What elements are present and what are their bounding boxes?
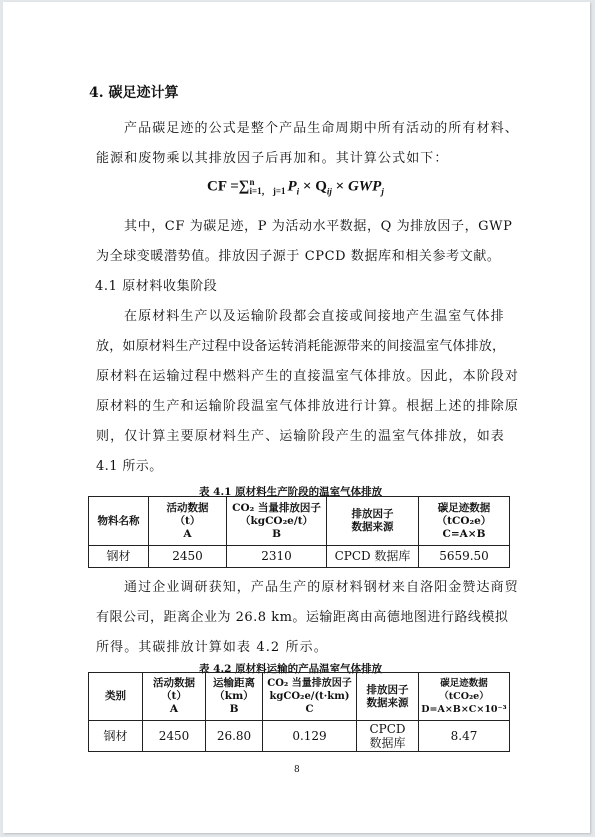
term-gwp: GWP (348, 178, 381, 194)
para2-line: 通过企业调研获知，产品生产的原材料钢材来自洛阳金赞达商贸 (124, 576, 519, 595)
raw-material-transport-table: 类别 活动数据（t）A 运输距离（km）B CO₂ 当量排放因子kgCO₂e/(… (88, 672, 510, 752)
explain-line-2: 为全球变暖潜势值。排放因子源于 CPCD 数据库和相关参考文献。 (96, 245, 501, 264)
transport-distance-cell: 26.80 (206, 721, 263, 752)
header-cell: 类别 (89, 673, 143, 721)
carbon-footprint-cell: 8.47 (419, 721, 510, 752)
material-name-cell: 钢材 (89, 546, 149, 568)
header-cell: 活动数据（t）A (149, 497, 227, 546)
header-cell: 碳足迹数据（tCO₂e）C=A×B (419, 497, 510, 546)
header-cell: 活动数据（t）A (143, 673, 206, 721)
header-cell: 碳足迹数据（tCO₂e）D=A×B×C×10⁻³ (419, 673, 510, 721)
header-cell: CO₂ 当量排放因子（kgCO₂e/t）B (227, 497, 327, 546)
raw-material-production-table: 物料名称 活动数据（t）A CO₂ 当量排放因子（kgCO₂e/t）B 排放因子… (88, 496, 510, 568)
sum-symbol: ∑ (239, 178, 250, 194)
para-line: 原材料的生产和运输阶段温室气体排放进行计算。根据上述的排除原 (96, 395, 519, 414)
intro-line-2: 能源和废物乘以其排放因子后再加和。其计算公式如下： (96, 147, 449, 166)
term-gwp-index: j (381, 186, 384, 196)
para-line: 原材料在运输过程中燃料产生的直接温室气体排放。因此，本阶段对 (96, 365, 519, 384)
para2-line: 有限公司，距离企业为 26.8 km。运输距离由高德地图进行路线模拟 (96, 606, 508, 625)
table-row: 钢材 2450 2310 CPCD 数据库 5659.50 (89, 546, 510, 568)
table-header-row: 类别 活动数据（t）A 运输距离（km）B CO₂ 当量排放因子kgCO₂e/(… (89, 673, 510, 721)
activity-data-cell: 2450 (149, 546, 227, 568)
para-line: 在原材料生产以及运输阶段都会直接或间接地产生温室气体排 (124, 305, 505, 324)
term-p-index: i (297, 186, 300, 196)
para-line: 放，如原材料生产过程中设备运转消耗能源带来的间接温室气体排放， (96, 335, 505, 354)
header-cell: 排放因子数据来源 (327, 497, 419, 546)
carbon-footprint-cell: 5659.50 (419, 546, 510, 568)
page-number: 8 (294, 765, 300, 775)
formula-lhs: CF = (207, 178, 239, 194)
term-q: Q (315, 178, 327, 194)
para-line: 4.1 所示。 (96, 455, 163, 474)
term-q-index: ij (327, 186, 332, 196)
document-page: 4. 碳足迹计算 产品碳足迹的公式是整个产品生命周期中所有活动的所有材料、 能源… (3, 2, 590, 833)
times-symbol: × (303, 178, 312, 194)
header-cell: 物料名称 (89, 497, 149, 546)
intro-line-1: 产品碳足迹的公式是整个产品生命周期中所有活动的所有材料、 (124, 117, 519, 136)
header-cell: 运输距离（km）B (206, 673, 263, 721)
explain-line-1: 其中，CF 为碳足迹，P 为活动水平数据，Q 为排放因子，GWP (124, 215, 512, 234)
emission-factor-cell: 2310 (227, 546, 327, 568)
header-cell: 排放因子数据来源 (357, 673, 419, 721)
table-header-row: 物料名称 活动数据（t）A CO₂ 当量排放因子（kgCO₂e/t）B 排放因子… (89, 497, 510, 546)
table-row: 钢材 2450 26.80 0.129 CPCD 数据库 8.47 (89, 721, 510, 752)
factor-source-cell: CPCD 数据库 (327, 546, 419, 568)
carbon-footprint-formula: CF =∑ni=1， j=1Pi × Qij × GWPj (207, 178, 384, 196)
term-p: P (287, 178, 296, 194)
factor-source-cell: CPCD 数据库 (357, 721, 419, 752)
para-line: 则，仅计算主要原材料生产、运输阶段产生的温室气体排放，如表 (96, 425, 505, 444)
activity-data-cell: 2450 (143, 721, 206, 752)
times-symbol: × (336, 178, 345, 194)
section-heading: 4. 碳足迹计算 (89, 82, 179, 102)
sum-lower-limit: i=1， j=1 (249, 187, 285, 196)
category-cell: 钢材 (89, 721, 143, 752)
para2-line: 所得。其碳排放计算如表 4.2 所示。 (96, 636, 328, 655)
header-cell: CO₂ 当量排放因子kgCO₂e/(t·km)C (263, 673, 357, 721)
emission-factor-cell: 0.129 (263, 721, 357, 752)
subsection-heading: 4.1 原材料收集阶段 (95, 275, 217, 294)
